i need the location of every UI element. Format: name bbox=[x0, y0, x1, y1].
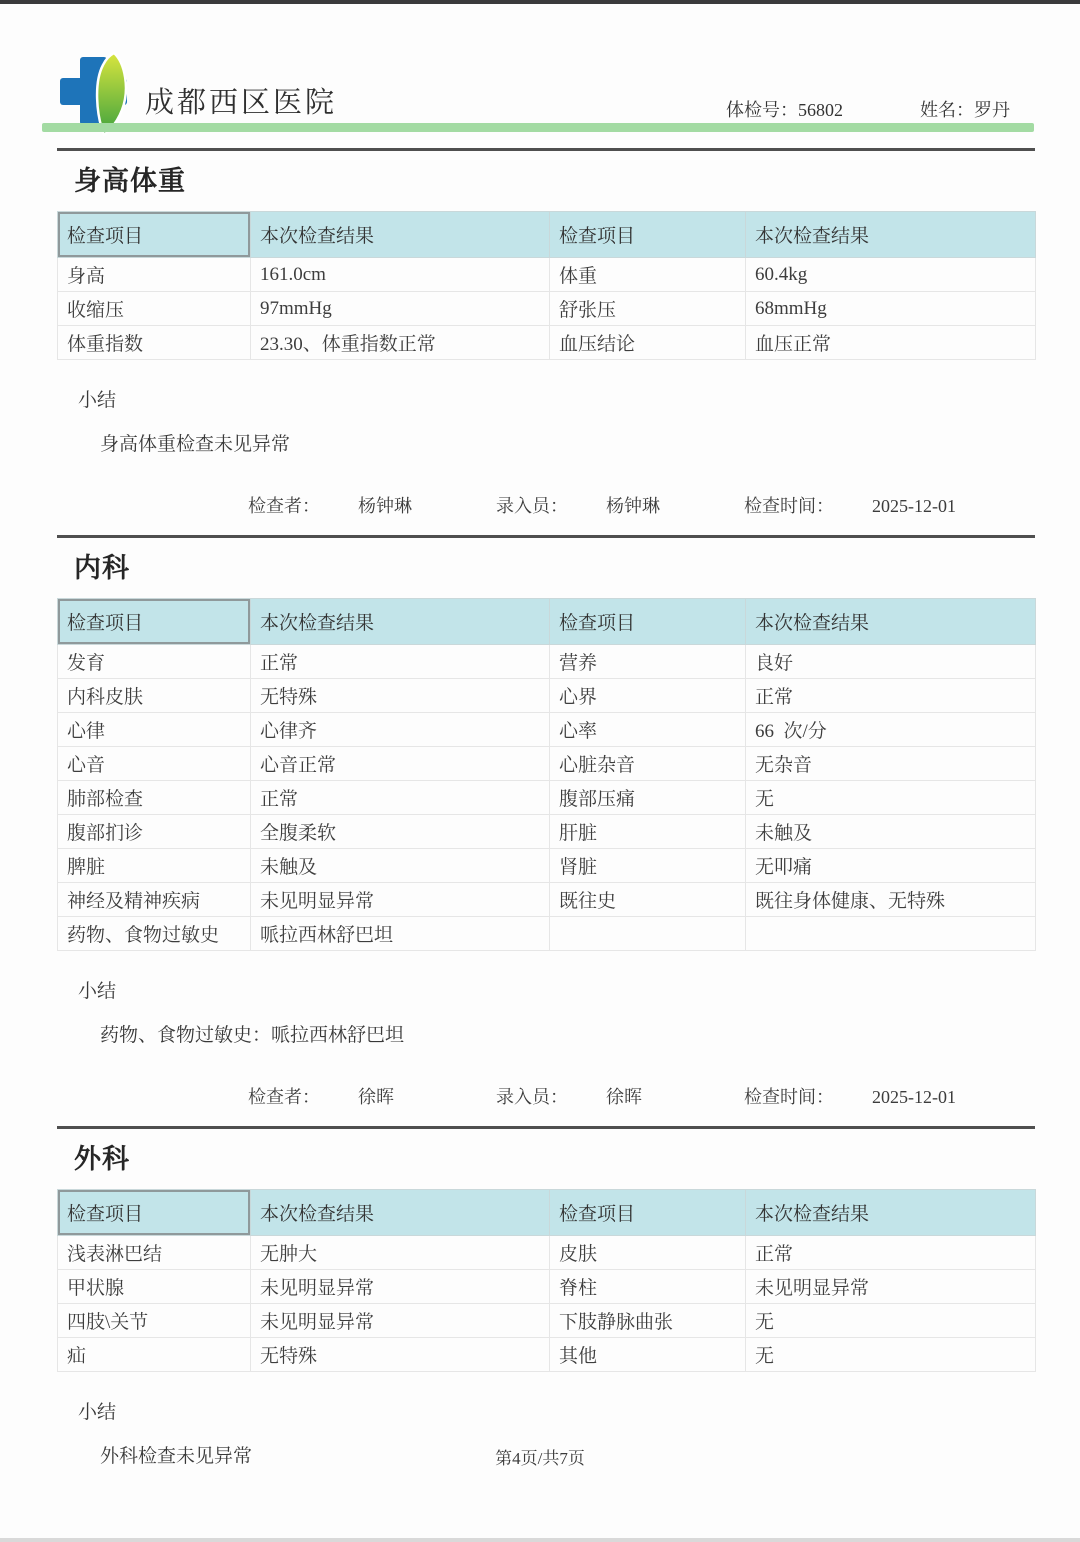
table-row: 身高161.0cm体重60.4kg bbox=[58, 258, 1036, 292]
result-cell: 66 次/分 bbox=[746, 713, 1036, 747]
result-cell: 未见明显异常 bbox=[251, 1304, 550, 1338]
section: 内科检查项目本次检查结果检查项目本次检查结果发育正常营养良好内科皮肤无特殊心界正… bbox=[57, 535, 1035, 1109]
exam-table: 检查项目本次检查结果检查项目本次检查结果浅表淋巴结无肿大皮肤正常甲状腺未见明显异… bbox=[57, 1189, 1036, 1372]
exam-time-value: 2025-12-01 bbox=[872, 496, 956, 517]
result-cell: 60.4kg bbox=[746, 258, 1036, 292]
hospital-name: 成都西区医院 bbox=[145, 80, 337, 121]
item-cell bbox=[550, 917, 746, 951]
item-cell: 下肢静脉曲张 bbox=[550, 1304, 746, 1338]
result-cell: 无 bbox=[746, 1338, 1036, 1372]
section-divider bbox=[57, 535, 1035, 538]
exam-number-value: 56802 bbox=[798, 100, 843, 120]
summary-text: 药物、食物过敏史：哌拉西林舒巴坦 bbox=[100, 1020, 1035, 1047]
column-header: 检查项目 bbox=[550, 599, 746, 645]
section-title: 内科 bbox=[74, 551, 1035, 586]
item-cell: 甲状腺 bbox=[58, 1270, 251, 1304]
result-cell: 68mmHg bbox=[746, 292, 1036, 326]
result-cell: 23.30、体重指数正常 bbox=[251, 326, 550, 360]
header-green-rule bbox=[42, 123, 1034, 132]
exam-time-label: 检查时间： bbox=[744, 492, 834, 518]
column-header: 本次检查结果 bbox=[746, 599, 1036, 645]
section: 身高体重检查项目本次检查结果检查项目本次检查结果身高161.0cm体重60.4k… bbox=[57, 148, 1035, 518]
table-header-row: 检查项目本次检查结果检查项目本次检查结果 bbox=[58, 1190, 1036, 1236]
item-cell: 发育 bbox=[58, 645, 251, 679]
exam-table: 检查项目本次检查结果检查项目本次检查结果身高161.0cm体重60.4kg收缩压… bbox=[57, 211, 1036, 360]
recorder-label: 录入员： bbox=[496, 1083, 568, 1109]
result-cell: 正常 bbox=[251, 781, 550, 815]
examiner-name: 杨钟琳 bbox=[358, 492, 416, 518]
column-header: 本次检查结果 bbox=[251, 599, 550, 645]
item-cell: 心脏杂音 bbox=[550, 747, 746, 781]
result-cell: 无 bbox=[746, 1304, 1036, 1338]
result-cell: 哌拉西林舒巴坦 bbox=[251, 917, 550, 951]
table-row: 脾脏未触及肾脏无叩痛 bbox=[58, 849, 1036, 883]
item-cell: 脊柱 bbox=[550, 1270, 746, 1304]
recorder-name: 徐晖 bbox=[606, 1083, 664, 1109]
result-cell: 未见明显异常 bbox=[746, 1270, 1036, 1304]
result-cell: 无叩痛 bbox=[746, 849, 1036, 883]
recorder-label: 录入员： bbox=[496, 492, 568, 518]
result-cell: 心音正常 bbox=[251, 747, 550, 781]
result-cell: 既往身体健康、无特殊 bbox=[746, 883, 1036, 917]
item-cell: 药物、食物过敏史 bbox=[58, 917, 251, 951]
section: 外科检查项目本次检查结果检查项目本次检查结果浅表淋巴结无肿大皮肤正常甲状腺未见明… bbox=[57, 1126, 1035, 1468]
item-cell: 其他 bbox=[550, 1338, 746, 1372]
item-cell: 心音 bbox=[58, 747, 251, 781]
table-row: 收缩压97mmHg舒张压68mmHg bbox=[58, 292, 1036, 326]
exam-time-label: 检查时间： bbox=[744, 1083, 834, 1109]
item-cell: 舒张压 bbox=[550, 292, 746, 326]
column-header: 本次检查结果 bbox=[251, 1190, 550, 1236]
item-cell: 脾脏 bbox=[58, 849, 251, 883]
recorder-name: 杨钟琳 bbox=[606, 492, 664, 518]
item-cell: 心率 bbox=[550, 713, 746, 747]
result-cell: 正常 bbox=[746, 1236, 1036, 1270]
result-cell: 良好 bbox=[746, 645, 1036, 679]
section-title: 身高体重 bbox=[74, 164, 1035, 199]
result-cell: 无杂音 bbox=[746, 747, 1036, 781]
section-divider bbox=[57, 1126, 1035, 1129]
section-title: 外科 bbox=[74, 1142, 1035, 1177]
patient-name-value: 罗丹 bbox=[974, 100, 1010, 120]
examiner-name: 徐晖 bbox=[358, 1083, 416, 1109]
patient-name: 姓名：罗丹 bbox=[920, 96, 1010, 122]
examiner-label: 检查者： bbox=[248, 1083, 320, 1109]
column-header: 检查项目 bbox=[550, 212, 746, 258]
item-cell: 腹部扪诊 bbox=[58, 815, 251, 849]
table-row: 四肢\关节未见明显异常下肢静脉曲张无 bbox=[58, 1304, 1036, 1338]
result-cell bbox=[746, 917, 1036, 951]
patient-name-label: 姓名： bbox=[920, 100, 974, 120]
table-row: 体重指数23.30、体重指数正常血压结论血压正常 bbox=[58, 326, 1036, 360]
item-cell: 皮肤 bbox=[550, 1236, 746, 1270]
item-cell: 肾脏 bbox=[550, 849, 746, 883]
item-cell: 身高 bbox=[58, 258, 251, 292]
exam-table: 检查项目本次检查结果检查项目本次检查结果发育正常营养良好内科皮肤无特殊心界正常心… bbox=[57, 598, 1036, 951]
table-row: 神经及精神疾病未见明显异常既往史既往身体健康、无特殊 bbox=[58, 883, 1036, 917]
column-header: 检查项目 bbox=[58, 1190, 251, 1236]
column-header: 本次检查结果 bbox=[251, 212, 550, 258]
result-cell: 无特殊 bbox=[251, 679, 550, 713]
table-row: 腹部扪诊全腹柔软肝脏未触及 bbox=[58, 815, 1036, 849]
summary-text: 身高体重检查未见异常 bbox=[100, 429, 1035, 456]
exam-number: 体检号：56802 bbox=[726, 96, 843, 122]
item-cell: 肝脏 bbox=[550, 815, 746, 849]
table-header-row: 检查项目本次检查结果检查项目本次检查结果 bbox=[58, 212, 1036, 258]
item-cell: 体重 bbox=[550, 258, 746, 292]
item-cell: 体重指数 bbox=[58, 326, 251, 360]
item-cell: 收缩压 bbox=[58, 292, 251, 326]
item-cell: 疝 bbox=[58, 1338, 251, 1372]
table-header-row: 检查项目本次检查结果检查项目本次检查结果 bbox=[58, 599, 1036, 645]
result-cell: 全腹柔软 bbox=[251, 815, 550, 849]
exam-number-label: 体检号： bbox=[726, 100, 798, 120]
item-cell: 四肢\关节 bbox=[58, 1304, 251, 1338]
result-cell: 正常 bbox=[251, 645, 550, 679]
table-row: 肺部检查正常腹部压痛无 bbox=[58, 781, 1036, 815]
result-cell: 161.0cm bbox=[251, 258, 550, 292]
page-number: 第4页/共7页 bbox=[0, 1444, 1080, 1469]
result-cell: 正常 bbox=[746, 679, 1036, 713]
summary-label: 小结 bbox=[78, 976, 1035, 1003]
result-cell: 97mmHg bbox=[251, 292, 550, 326]
photo-bottom-edge bbox=[0, 1538, 1080, 1542]
examiner-label: 检查者： bbox=[248, 492, 320, 518]
table-row: 心音心音正常心脏杂音无杂音 bbox=[58, 747, 1036, 781]
result-cell: 无特殊 bbox=[251, 1338, 550, 1372]
examiner-row: 检查者：徐晖录入员：徐晖检查时间：2025-12-01 bbox=[57, 1083, 1035, 1109]
item-cell: 肺部检查 bbox=[58, 781, 251, 815]
result-cell: 未触及 bbox=[746, 815, 1036, 849]
item-cell: 血压结论 bbox=[550, 326, 746, 360]
table-row: 心律心律齐心率66 次/分 bbox=[58, 713, 1036, 747]
table-row: 发育正常营养良好 bbox=[58, 645, 1036, 679]
item-cell: 浅表淋巴结 bbox=[58, 1236, 251, 1270]
table-row: 内科皮肤无特殊心界正常 bbox=[58, 679, 1036, 713]
table-row: 甲状腺未见明显异常脊柱未见明显异常 bbox=[58, 1270, 1036, 1304]
column-header: 本次检查结果 bbox=[746, 212, 1036, 258]
table-row: 药物、食物过敏史哌拉西林舒巴坦 bbox=[58, 917, 1036, 951]
result-cell: 未见明显异常 bbox=[251, 883, 550, 917]
item-cell: 腹部压痛 bbox=[550, 781, 746, 815]
column-header: 检查项目 bbox=[58, 599, 251, 645]
result-cell: 无肿大 bbox=[251, 1236, 550, 1270]
table-row: 疝无特殊其他无 bbox=[58, 1338, 1036, 1372]
item-cell: 营养 bbox=[550, 645, 746, 679]
result-cell: 无 bbox=[746, 781, 1036, 815]
item-cell: 神经及精神疾病 bbox=[58, 883, 251, 917]
result-cell: 未触及 bbox=[251, 849, 550, 883]
item-cell: 内科皮肤 bbox=[58, 679, 251, 713]
report-body: 身高体重检查项目本次检查结果检查项目本次检查结果身高161.0cm体重60.4k… bbox=[57, 148, 1035, 1468]
item-cell: 心律 bbox=[58, 713, 251, 747]
summary-label: 小结 bbox=[78, 1397, 1035, 1424]
examiner-row: 检查者：杨钟琳录入员：杨钟琳检查时间：2025-12-01 bbox=[57, 492, 1035, 518]
column-header: 检查项目 bbox=[550, 1190, 746, 1236]
photo-top-edge bbox=[0, 0, 1080, 4]
result-cell: 未见明显异常 bbox=[251, 1270, 550, 1304]
column-header: 检查项目 bbox=[58, 212, 251, 258]
item-cell: 心界 bbox=[550, 679, 746, 713]
summary-label: 小结 bbox=[78, 385, 1035, 412]
report-page: 成都西区医院 体检号：56802 姓名：罗丹 身高体重检查项目本次检查结果检查项… bbox=[0, 0, 1080, 1542]
result-cell: 血压正常 bbox=[746, 326, 1036, 360]
result-cell: 心律齐 bbox=[251, 713, 550, 747]
section-divider bbox=[57, 148, 1035, 151]
exam-time-value: 2025-12-01 bbox=[872, 1087, 956, 1108]
report-header: 成都西区医院 体检号：56802 姓名：罗丹 bbox=[57, 52, 1035, 122]
item-cell: 既往史 bbox=[550, 883, 746, 917]
table-row: 浅表淋巴结无肿大皮肤正常 bbox=[58, 1236, 1036, 1270]
column-header: 本次检查结果 bbox=[746, 1190, 1036, 1236]
